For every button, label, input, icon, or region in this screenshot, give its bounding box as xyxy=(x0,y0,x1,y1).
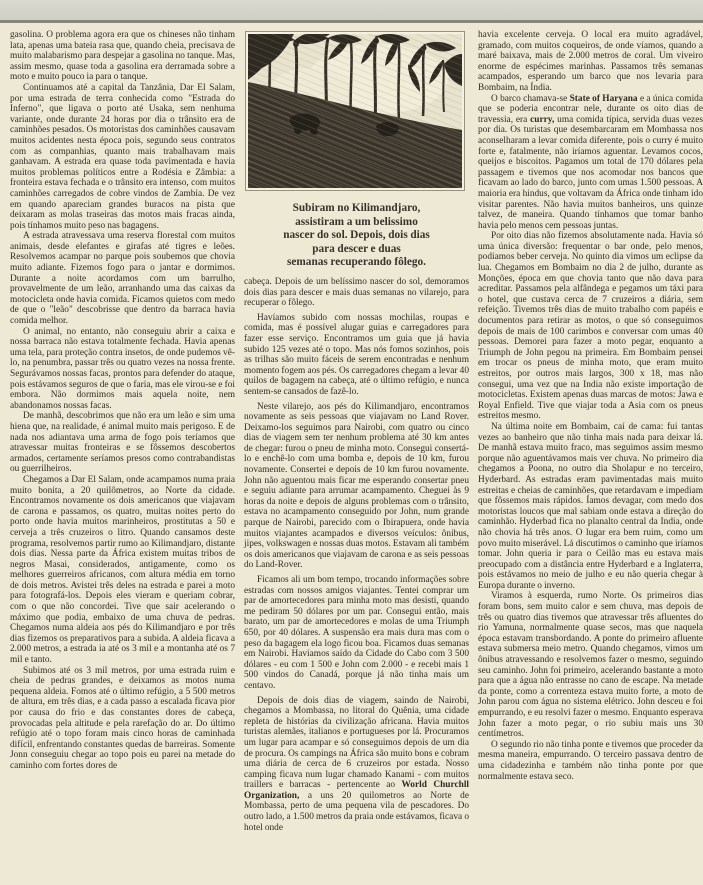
paragraph: gasolina. O problema agora era que os ch… xyxy=(10,30,235,83)
paragraph: Ficamos ali um bom tempo, trocando infor… xyxy=(244,575,469,692)
paragraph: Neste vilarejo, aos pés do Kilimandjaro,… xyxy=(244,402,469,572)
scanner-edge-strip xyxy=(0,0,703,23)
paragraph: Na última noite em Bombaim, caí de cama:… xyxy=(478,422,703,592)
caption-line: Subiram no Kilimandjaro, xyxy=(250,202,463,216)
caption-line: nascer do sol. Depois, dois dias xyxy=(250,229,463,243)
text-column-middle: Subiram no Kilimandjaro,assistiram a um … xyxy=(244,30,469,885)
middle-column-text: cabeça. Depois de um belíssimo nascer do… xyxy=(244,277,469,833)
paragraph: Viramos à esquerda, rumo Norte. Os prime… xyxy=(478,591,703,739)
photo-caption: Subiram no Kilimandjaro,assistiram a um … xyxy=(250,202,463,270)
paragraph: Por oito dias não fizemos absolutamente … xyxy=(478,231,703,422)
paragraph: Depois de dois dias de viagem, saindo de… xyxy=(244,696,469,834)
paragraph: Havíamos subido com nossas mochilas, rou… xyxy=(244,313,469,398)
paragraph: Continuamos até a capital da Tanzânia, D… xyxy=(10,83,235,231)
paragraph: O barco chamava-se State of Haryana e a … xyxy=(478,94,703,232)
paragraph: O animal, no entanto, não conseguiu abri… xyxy=(10,327,235,412)
palm-trees-beach-photo-image xyxy=(248,34,462,188)
caption-line: para descer e duas xyxy=(250,243,463,257)
paragraph: De manhã, descobrimos que não era um leã… xyxy=(10,411,235,475)
paragraph: havia excelente cerveja. O local era mui… xyxy=(478,30,703,94)
paragraph: cabeça. Depois de um belíssimo nascer do… xyxy=(244,277,469,309)
paragraph: Chegamos a Dar El Salam, onde acampamos … xyxy=(10,475,235,666)
paragraph: Subimos até os 3 mil metros, por uma est… xyxy=(10,666,235,772)
text-column-right: havia excelente cerveja. O local era mui… xyxy=(478,30,703,885)
text-column-left: gasolina. O problema agora era que os ch… xyxy=(10,30,235,885)
magazine-page: gasolina. O problema agora era que os ch… xyxy=(0,23,703,885)
caption-line: semanas recuperando fôlego. xyxy=(250,256,463,270)
caption-line: assistiram a um belissimo xyxy=(250,216,463,230)
paragraph: O segundo rio não tinha ponte e tivemos … xyxy=(478,740,703,782)
paragraph: A estrada atravessava uma reserva flores… xyxy=(10,231,235,326)
kilimanjaro-trip-photo xyxy=(246,32,464,190)
